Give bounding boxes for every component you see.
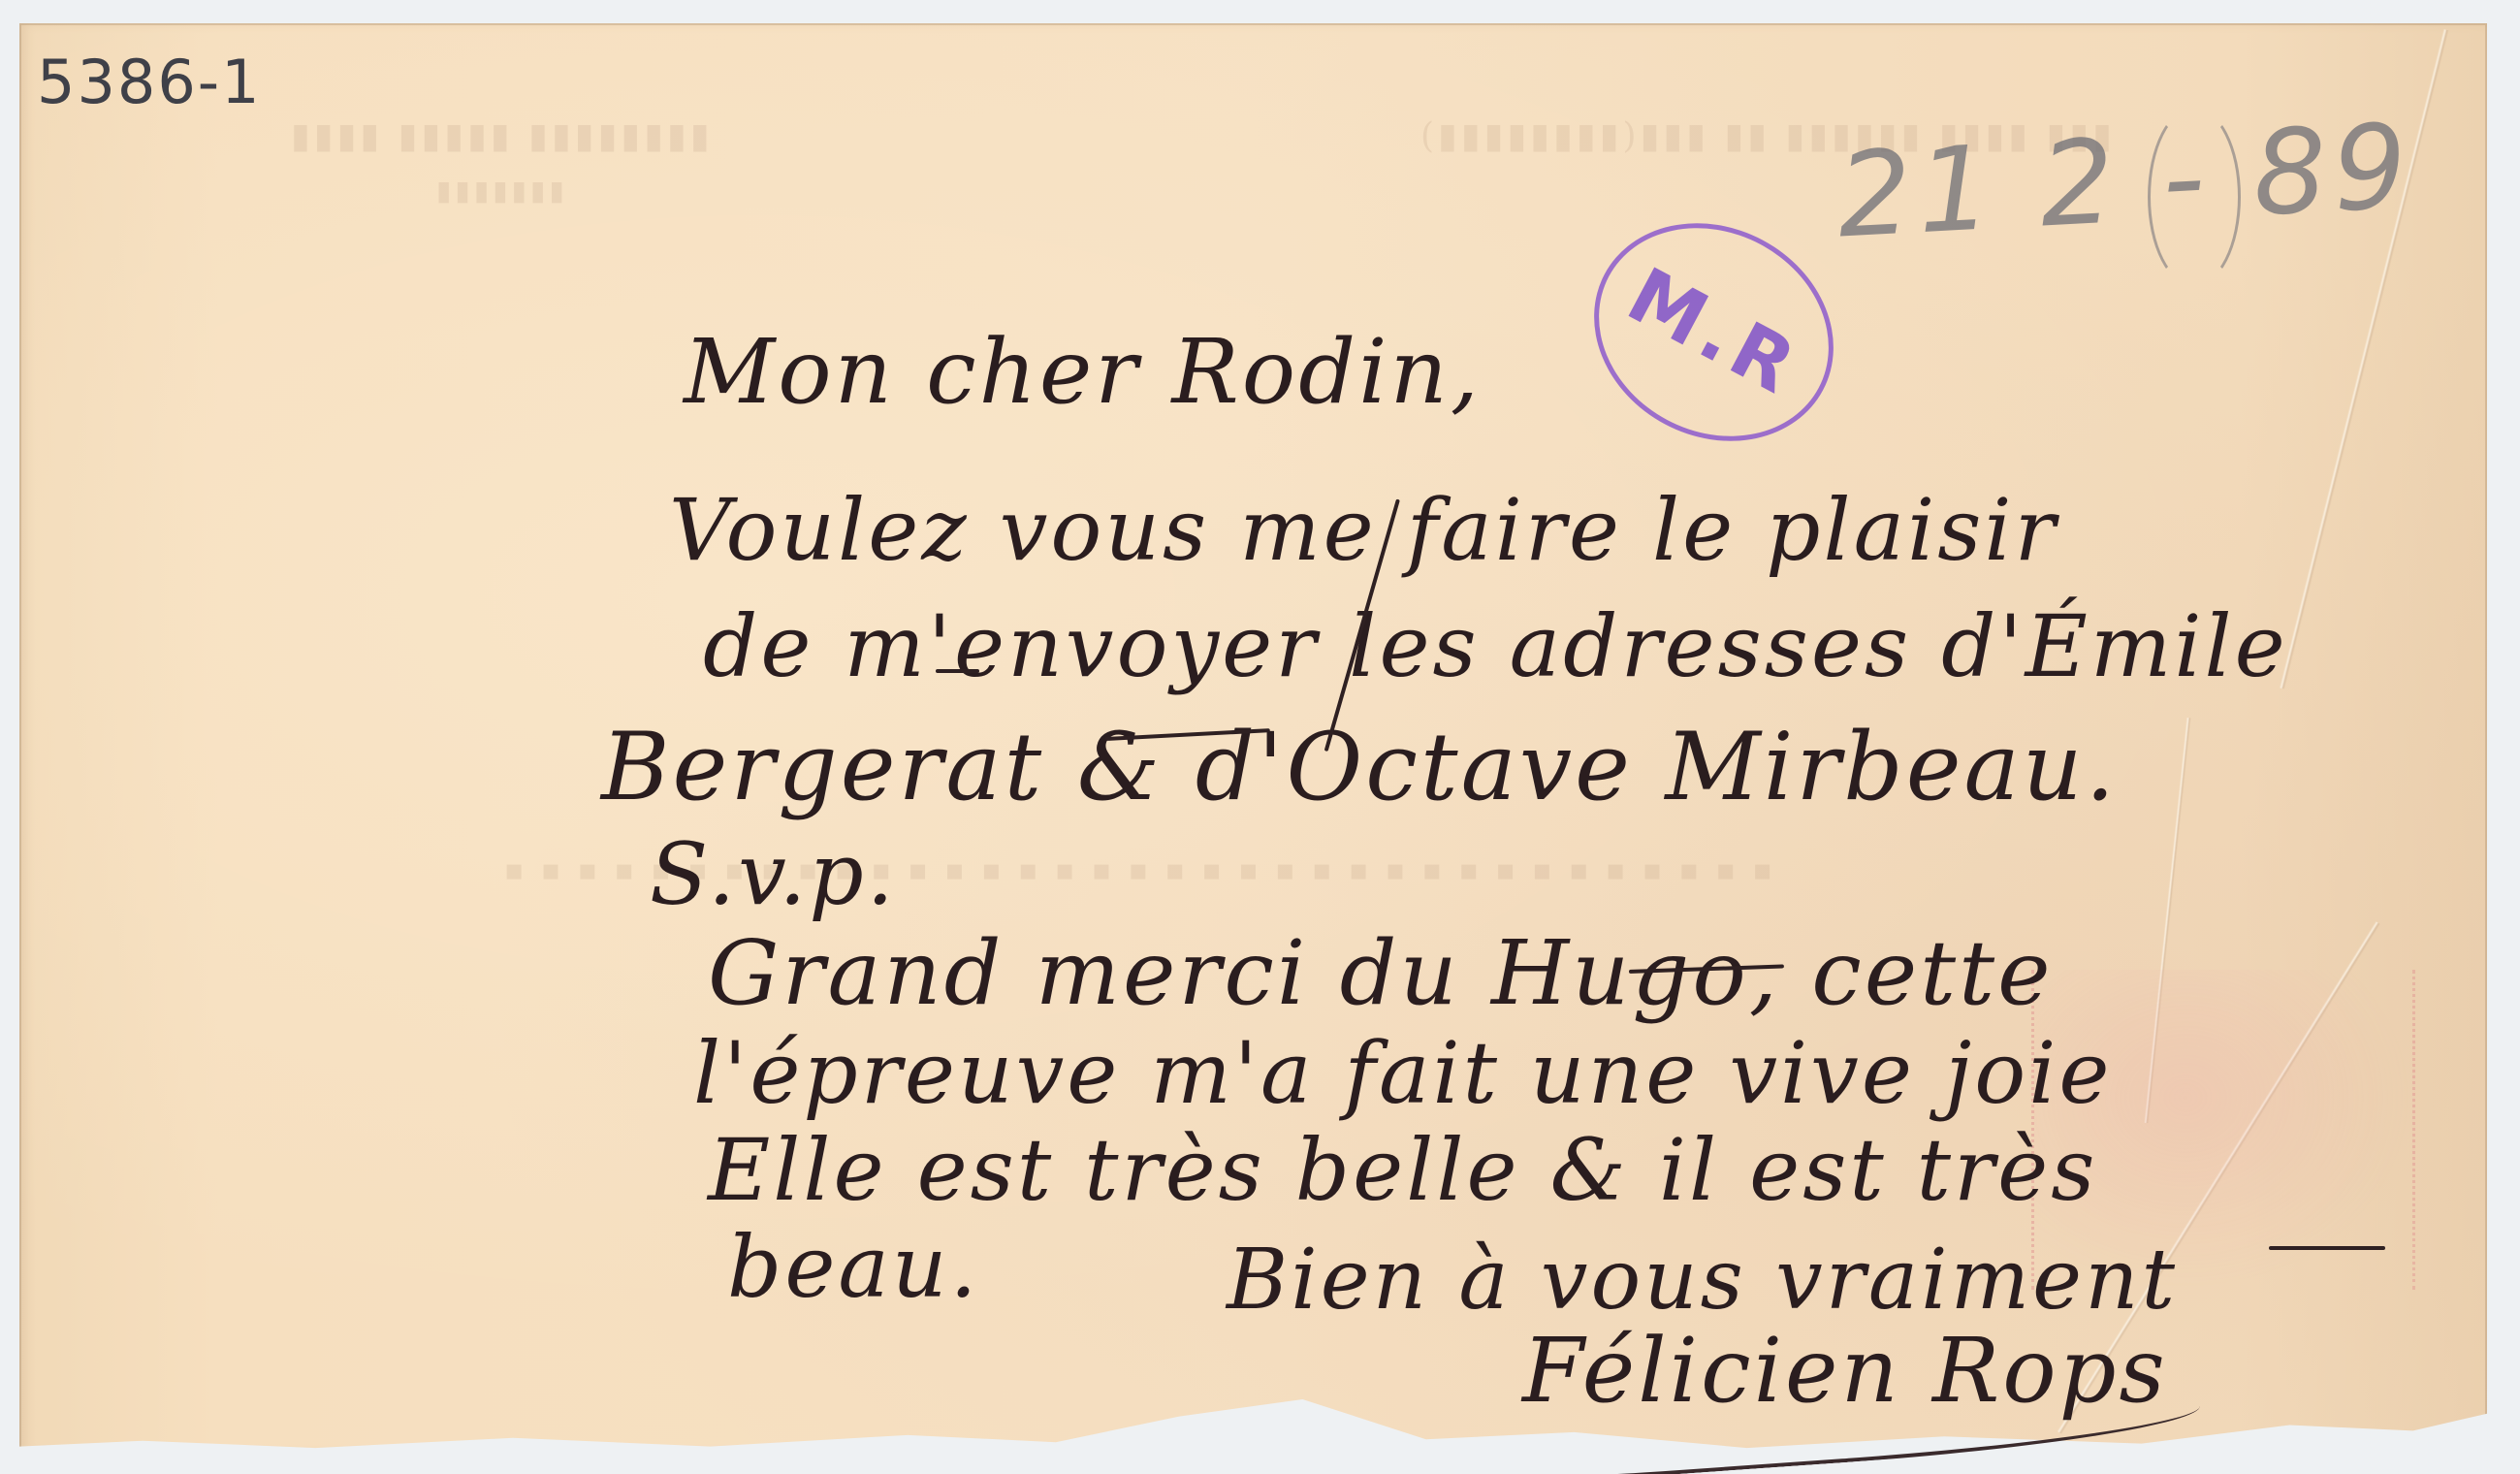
letter-closing: Bien à vous vraiment bbox=[1227, 1232, 2178, 1329]
letter-line: Grand merci du Hugo, cette bbox=[708, 921, 2054, 1025]
letter-line: Voulez vous me faire le plaisir bbox=[669, 480, 2058, 580]
letter-line: beau. bbox=[727, 1217, 980, 1317]
letter-body: Mon cher Rodin, Voulez vous me faire le … bbox=[0, 0, 2520, 1474]
letter-greeting: Mon cher Rodin, bbox=[684, 320, 1482, 424]
pen-flourish bbox=[2269, 1246, 2385, 1250]
letter-line: S.v.p. bbox=[650, 824, 897, 924]
letter-line: Bergerat & d'Octave Mirbeau. bbox=[601, 713, 2118, 821]
scanned-letter: ▮▮▮▮ ▮▮▮▮▮ ▮▮▮▮▮▮▮▮ ▮▮▮▮▮▮▮ (▮▮▮▮▮▮▮▮)▮▮… bbox=[0, 0, 2520, 1474]
letter-line: Elle est très belle & il est très bbox=[708, 1120, 2097, 1220]
letter-line: l'épreuve m'a fait une vive joie bbox=[693, 1023, 2112, 1123]
letter-line: de m'envoyer les adresses d'Émile bbox=[703, 596, 2288, 696]
pen-flourish bbox=[936, 669, 979, 673]
